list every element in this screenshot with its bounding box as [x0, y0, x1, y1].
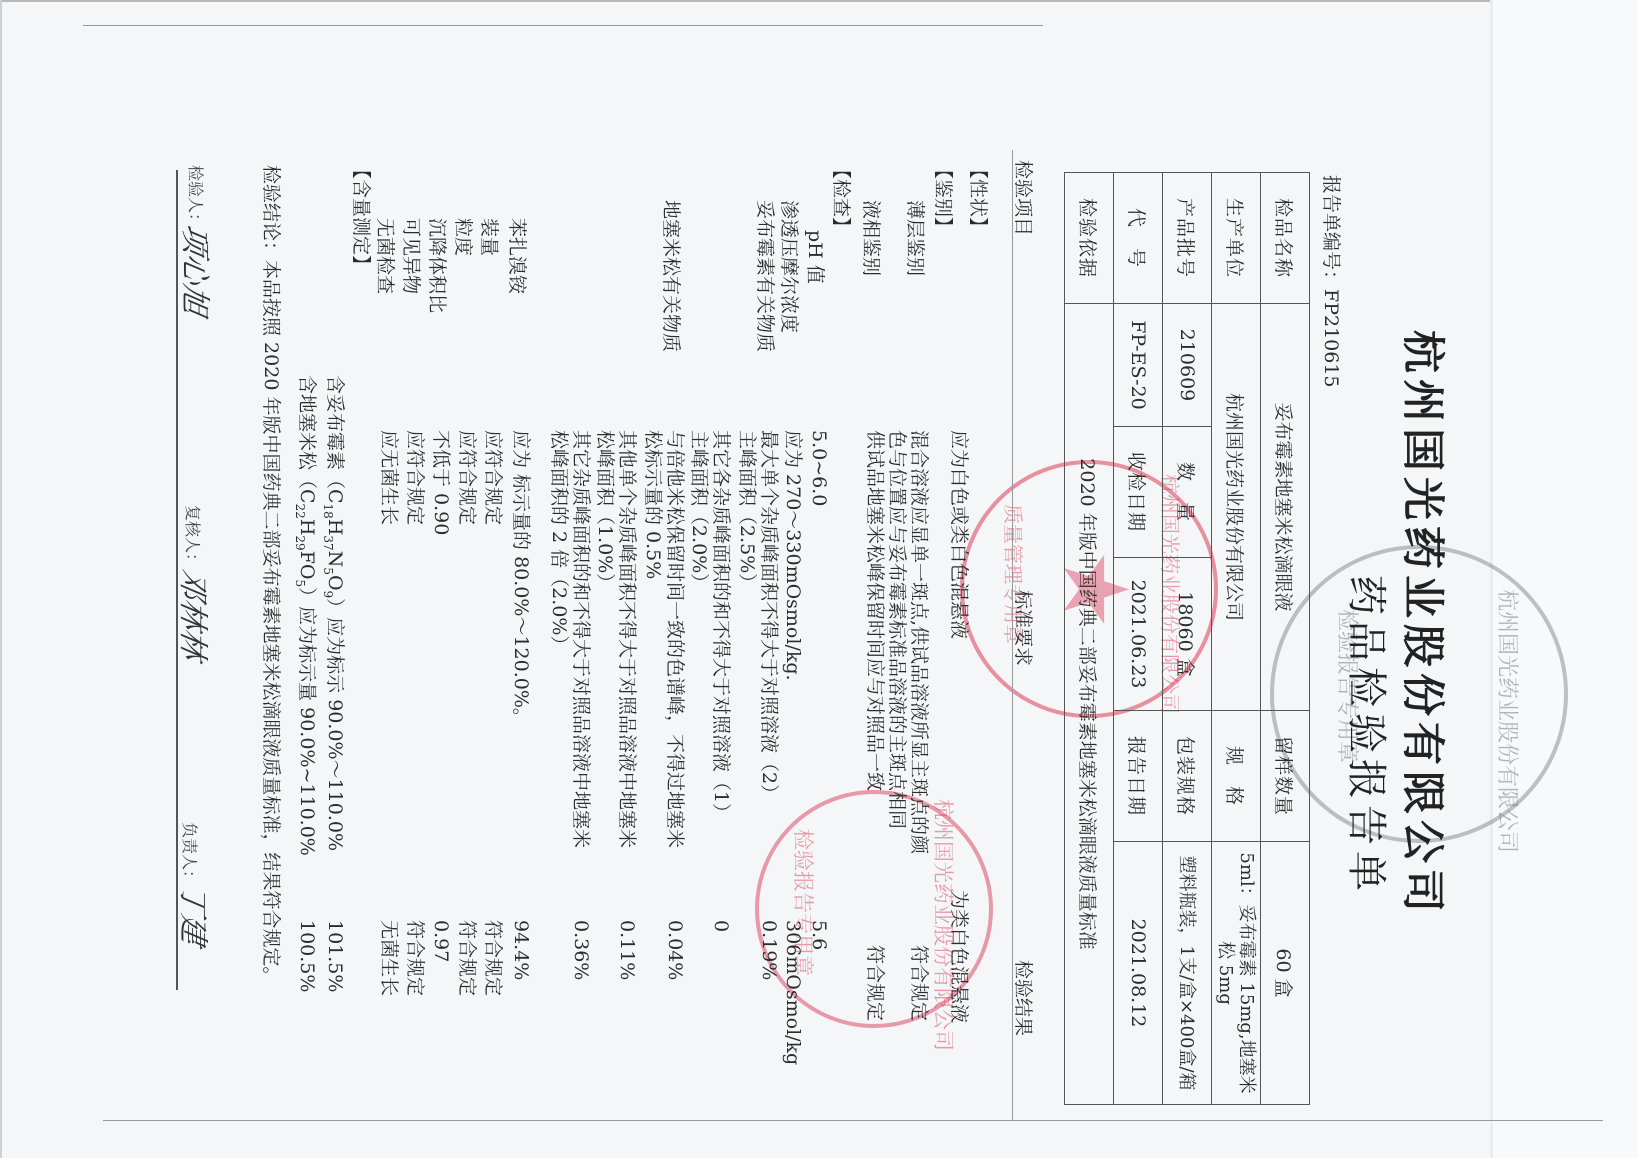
manufacturer-label: 生产单位 — [1212, 173, 1261, 304]
responsible-signature: 丁建 — [174, 881, 218, 949]
inspection-basis: 2020 年版中国药典二部妥布霉素地塞米松滴眼液质量标准 — [1065, 304, 1114, 1105]
standard-requirement: 供试品地塞米松峰保留时间应与对照品一致 — [864, 430, 886, 791]
test-result: 94.4% — [510, 920, 532, 980]
standard-requirement: 应为 270～330mOsmol/kg. — [782, 430, 804, 681]
retained-qty-label: 留样数量 — [1261, 711, 1310, 842]
test-result: 符合规定 — [864, 945, 886, 1021]
report-date-label: 报告日期 — [1114, 711, 1163, 842]
package-spec: 塑料瓶装，1支/盒×400盒/箱 — [1163, 842, 1212, 1105]
standard-requirement: 不低于 0.90 — [430, 430, 452, 535]
standard-requirement: 应为白色或类白色混悬液 — [948, 430, 970, 639]
assay-standard: 含地塞米松（C22H29FO5）应为标示量 90.0%~110.0% — [289, 375, 318, 856]
test-result: 0.11% — [616, 920, 638, 980]
manufacturer: 杭州国光药业股份有限公司 — [1212, 304, 1261, 711]
test-result: 符合规定 — [456, 920, 478, 996]
product-name: 妥布霉素地塞米松滴眼液 — [1261, 304, 1310, 711]
responsible-label: 负责人： — [179, 822, 202, 886]
standard-requirement: 应符合规定 — [456, 430, 478, 525]
basis-label: 检验依据 — [1065, 173, 1114, 304]
assay-standard: 含妥布霉素（C18H37N5O9）应为标示 90.0%～110.0% — [317, 375, 346, 851]
standard-requirement: 其它各杂质峰面积的和不得大于对照溶液（1）主峰面积（2.0%） — [688, 430, 732, 822]
test-result: 0.36% — [570, 920, 592, 980]
inspector-signature: 项心旭 — [176, 221, 220, 319]
conclusion-label: 检验结论： — [260, 165, 282, 260]
test-item: 薄层鉴别 — [903, 200, 930, 276]
test-item: 装量 — [477, 218, 504, 256]
section-identification: 【鉴别】 — [931, 160, 958, 236]
test-item: 妥布霉素有关物质 — [753, 200, 780, 352]
conclusion-text: 本品按照 2020 年版中国药典二部妥布霉素地塞米松滴眼液质量标准，结果符合规定… — [260, 260, 282, 985]
retained-qty: 60 盒 — [1261, 842, 1310, 1105]
assay-result: 100.5% — [296, 920, 318, 992]
test-item: 苯扎溴铵 — [505, 218, 532, 294]
frame-left-line — [83, 25, 1043, 26]
report-date: 2021.08.12 — [1114, 842, 1163, 1105]
standard-requirement: 应无菌生长 — [378, 430, 400, 525]
test-item: 粒度 — [451, 218, 478, 256]
section-appearance: 【性状】 — [966, 160, 993, 236]
batch-label: 产品批号 — [1163, 173, 1212, 304]
test-item: 可见异物 — [399, 218, 426, 294]
standard-requirement: 应符合规定 — [404, 430, 426, 525]
test-result: 306mOsmol/kg — [782, 920, 804, 1065]
test-result: 符合规定 — [482, 920, 504, 996]
col-result-header: 检验结果 — [1011, 960, 1038, 1036]
standard-requirement: 其他单个杂质峰面积不得大于对照品溶液中地塞米松峰面积（1.0%） — [594, 430, 638, 848]
test-result: 为类白色混悬液 — [948, 890, 970, 1023]
code-label: 代 号 — [1114, 173, 1163, 304]
report-number: 报告单编号：FP210615 — [1319, 175, 1346, 388]
product-name-label: 检品名称 — [1261, 173, 1310, 304]
standard-requirement: 其它杂质峰面积的和不得大于对照品溶液中地塞米松峰面积的 2 倍（2.0%） — [548, 430, 592, 848]
section-assay: 【含量测定】 — [349, 160, 376, 274]
report-number-label: 报告单编号： — [1320, 175, 1342, 289]
quantity-label: 数 量 — [1163, 427, 1212, 558]
test-result: 0.04% — [664, 920, 686, 980]
reviewer-label: 复核人： — [182, 505, 205, 569]
test-result: 0 — [710, 920, 732, 932]
spec-value: 5ml：妥布霉素 15mg,地塞米松 5mg — [1212, 842, 1261, 1105]
inspector-label: 检验人： — [185, 165, 208, 229]
test-result: 0.19% — [758, 920, 780, 980]
spec-label: 规 格 — [1212, 711, 1261, 842]
standard-requirement: 应为 标示量的 80.0%～120.0%。 — [510, 430, 532, 727]
assay-result: 101.5% — [324, 920, 346, 992]
test-result: 符合规定 — [404, 920, 426, 996]
product-code: FP-ES-20 — [1114, 304, 1163, 427]
reviewer-signature: 邓林林 — [174, 566, 218, 664]
report-number-value: FP210615 — [1320, 289, 1342, 388]
standard-requirement: 与倍他米松保留时间一致的色谱峰，不得过地塞米松标示量的 0.5% — [642, 430, 686, 848]
inspection-report-page: 杭州国光药业股份有限公司 检验报告专用章 ★ 杭州国光药业股份有限公司 质量管理… — [0, 0, 1638, 1158]
section-inspection: 【检查】 — [829, 160, 856, 236]
col-item-header: 检验项目 — [1011, 160, 1038, 236]
received-date-label: 收检日期 — [1114, 427, 1163, 558]
test-result: 5.6 — [808, 920, 830, 950]
package-label: 包装规格 — [1163, 711, 1212, 842]
company-name: 杭州国光药业股份有限公司 — [1395, 330, 1456, 1090]
received-date: 2021.06.23 — [1114, 558, 1163, 711]
test-item: 渗透压摩尔浓度 — [777, 200, 804, 333]
standard-requirement: 混合溶液应显单一斑点,供试品溶液所显主斑点的颜色与位置应与妥布霉素标准品溶液的主… — [886, 430, 930, 854]
test-result: 0.97 — [430, 920, 452, 962]
quantity: 18060 盒 — [1163, 558, 1212, 711]
batch-number: 210609 — [1163, 304, 1212, 427]
test-item: 无菌检查 — [373, 218, 400, 294]
test-item: 沉降体积比 — [425, 218, 452, 313]
test-result: 无菌生长 — [378, 920, 400, 996]
test-item: 地塞米松有关物质 — [659, 200, 686, 352]
test-item: pH 值 — [803, 230, 830, 284]
col-standard-header: 标准要求 — [1011, 590, 1038, 666]
test-item: 液相鉴别 — [859, 200, 886, 276]
standard-requirement: 5.0~6.0 — [808, 430, 830, 506]
standard-requirement: 最大单个杂质峰面积不得大于对照溶液（2）主峰面积（2.5%） — [736, 430, 780, 803]
frame-right-line — [103, 1120, 1603, 1121]
conclusion: 检验结论：本品按照 2020 年版中国药典二部妥布霉素地塞米松滴眼液质量标准，结… — [259, 165, 286, 985]
report-title: 药品检验报告单 — [1341, 575, 1398, 897]
standard-requirement: 应符合规定 — [482, 430, 504, 525]
test-result: 符合规定 — [908, 945, 930, 1021]
product-info-table: 检品名称 妥布霉素地塞米松滴眼液 留样数量 60 盒 生产单位 杭州国光药业股份… — [1064, 172, 1310, 1105]
